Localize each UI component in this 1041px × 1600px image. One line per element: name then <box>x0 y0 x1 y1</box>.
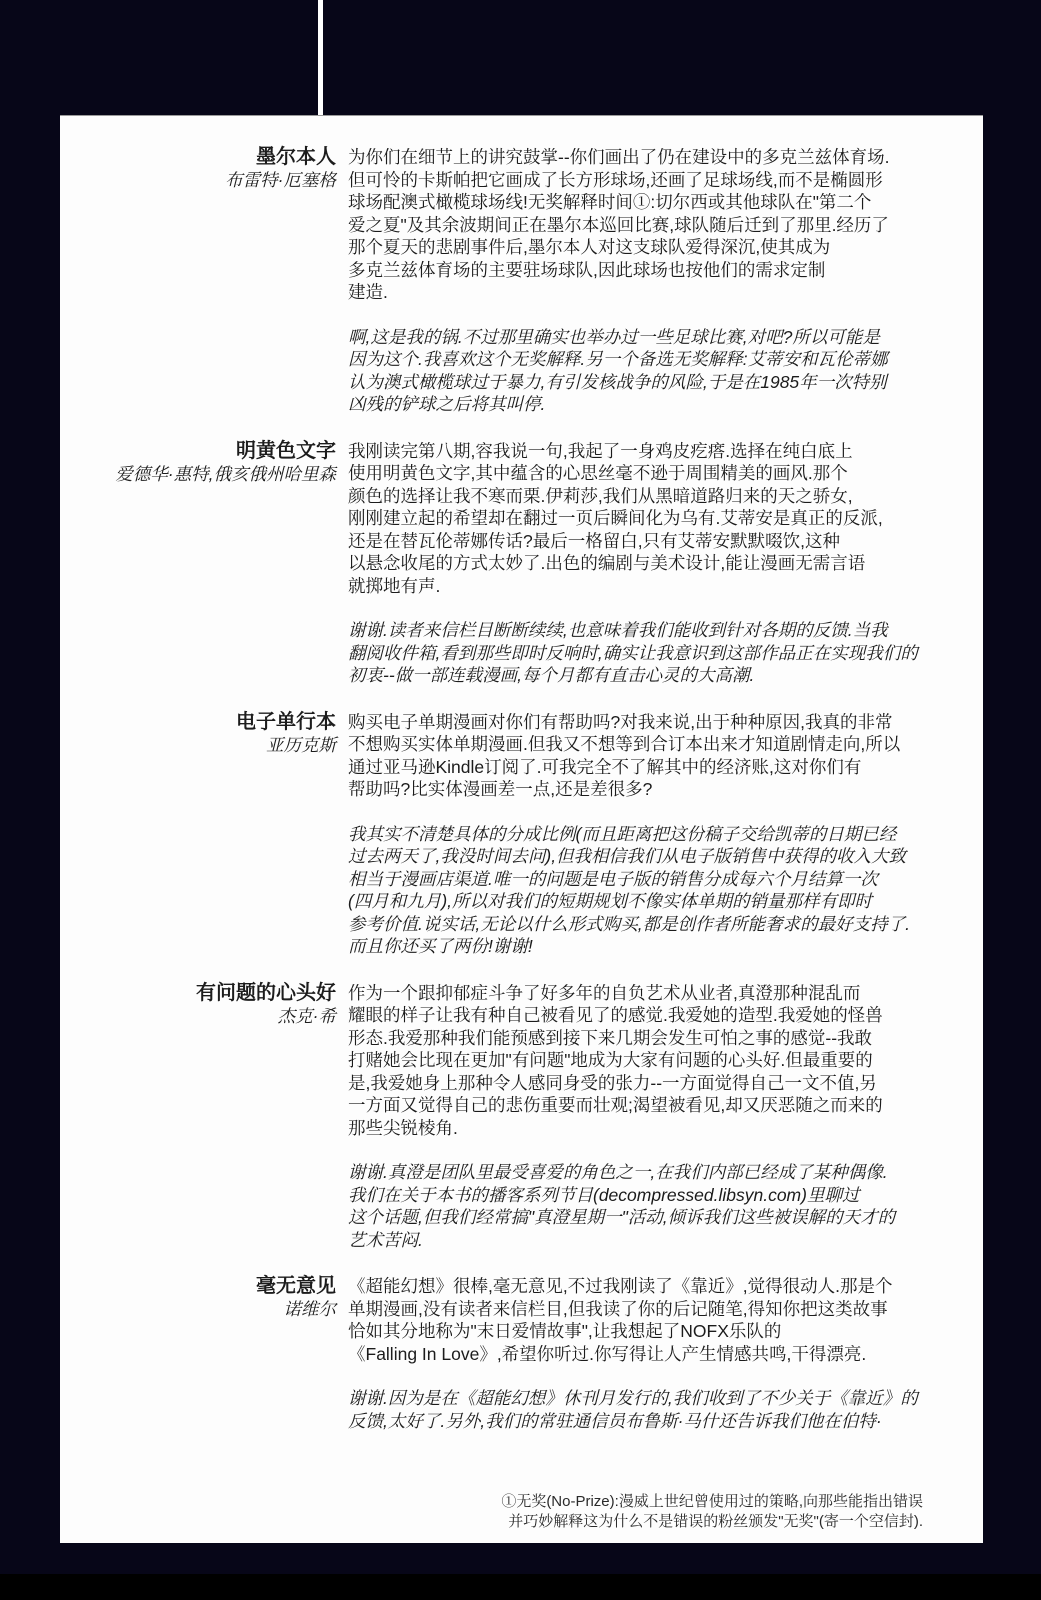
letter-body: 为你们在细节上的讲究鼓掌--你们画出了仍在建设中的多克兰兹体育场. 但可怜的卡斯… <box>348 146 923 416</box>
letter-title: 明黄色文字 <box>68 440 336 463</box>
letter-label: 墨尔本人 布雷特·厄塞格 <box>68 146 340 416</box>
no-prize-footnote: ①无奖(No-Prize):漫威上世纪曾使用过的策略,向那些能指出错误 并巧妙解… <box>501 1492 923 1532</box>
letter-text: 《超能幻想》很棒,毫无意见,不过我刚读了《靠近》,觉得很动人.那是个 单期漫画,… <box>348 1275 923 1365</box>
letters-page: 墨尔本人 布雷特·厄塞格 为你们在细节上的讲究鼓掌--你们画出了仍在建设中的多克… <box>60 115 983 1543</box>
letter-text: 为你们在细节上的讲究鼓掌--你们画出了仍在建设中的多克兰兹体育场. 但可怜的卡斯… <box>348 146 923 304</box>
letter-label: 有问题的心头好 杰克·希 <box>68 982 340 1252</box>
letter-text: 购买电子单期漫画对你们有帮助吗?对我来说,出于种种原因,我真的非常 不想购买实体… <box>348 711 923 801</box>
letter-label: 电子单行本 亚历克斯 <box>68 711 340 958</box>
letter-author: 爱德华·惠特,俄亥俄州哈里森 <box>68 463 336 486</box>
editor-response: 谢谢.因为是在《超能幻想》休刊月发行的,我们收到了不少关于《靠近》的 反馈,太好… <box>348 1387 923 1432</box>
letter-entry: 电子单行本 亚历克斯 购买电子单期漫画对你们有帮助吗?对我来说,出于种种原因,我… <box>68 711 923 958</box>
letter-body: 购买电子单期漫画对你们有帮助吗?对我来说,出于种种原因,我真的非常 不想购买实体… <box>348 711 923 958</box>
letter-entry: 墨尔本人 布雷特·厄塞格 为你们在细节上的讲究鼓掌--你们画出了仍在建设中的多克… <box>68 146 923 416</box>
letter-title: 毫无意见 <box>68 1275 336 1298</box>
editor-response: 谢谢.读者来信栏目断断续续,也意味着我们能收到针对各期的反馈.当我 翻阅收件箱,… <box>348 619 923 687</box>
bottom-black-strip <box>0 1574 1041 1600</box>
letter-body: 《超能幻想》很棒,毫无意见,不过我刚读了《靠近》,觉得很动人.那是个 单期漫画,… <box>348 1275 923 1432</box>
letter-author: 亚历克斯 <box>68 734 336 757</box>
letter-entry: 有问题的心头好 杰克·希 作为一个跟抑郁症斗争了好多年的自负艺术从业者,真澄那种… <box>68 982 923 1252</box>
letter-title: 墨尔本人 <box>68 146 336 169</box>
letter-title: 电子单行本 <box>68 711 336 734</box>
editor-response: 啊,这是我的锅.不过那里确实也举办过一些足球比赛,对吧?所以可能是 因为这个.我… <box>348 326 923 416</box>
letter-text: 我刚读完第八期,容我说一句,我起了一身鸡皮疙瘩.选择在纯白底上 使用明黄色文字,… <box>348 440 923 598</box>
letter-body: 我刚读完第八期,容我说一句,我起了一身鸡皮疙瘩.选择在纯白底上 使用明黄色文字,… <box>348 440 923 687</box>
letter-author: 布雷特·厄塞格 <box>68 169 336 192</box>
page-top-divider-line <box>318 0 323 117</box>
letter-text: 作为一个跟抑郁症斗争了好多年的自负艺术从业者,真澄那种混乱而 耀眼的样子让我有种… <box>348 982 923 1140</box>
letters-column: 墨尔本人 布雷特·厄塞格 为你们在细节上的讲究鼓掌--你们画出了仍在建设中的多克… <box>60 116 983 1432</box>
letter-author: 杰克·希 <box>68 1005 336 1028</box>
letter-entry: 毫无意见 诺维尔 《超能幻想》很棒,毫无意见,不过我刚读了《靠近》,觉得很动人.… <box>68 1275 923 1432</box>
letter-author: 诺维尔 <box>68 1298 336 1321</box>
letter-entry: 明黄色文字 爱德华·惠特,俄亥俄州哈里森 我刚读完第八期,容我说一句,我起了一身… <box>68 440 923 687</box>
letter-label: 毫无意见 诺维尔 <box>68 1275 340 1432</box>
letter-body: 作为一个跟抑郁症斗争了好多年的自负艺术从业者,真澄那种混乱而 耀眼的样子让我有种… <box>348 982 923 1252</box>
letter-title: 有问题的心头好 <box>68 982 336 1005</box>
letter-label: 明黄色文字 爱德华·惠特,俄亥俄州哈里森 <box>68 440 340 687</box>
editor-response: 谢谢.真澄是团队里最受喜爱的角色之一,在我们内部已经成了某种偶像. 我们在关于本… <box>348 1161 923 1251</box>
editor-response: 我其实不清楚具体的分成比例(而且距离把这份稿子交给凯蒂的日期已经 过去两天了,我… <box>348 823 923 958</box>
